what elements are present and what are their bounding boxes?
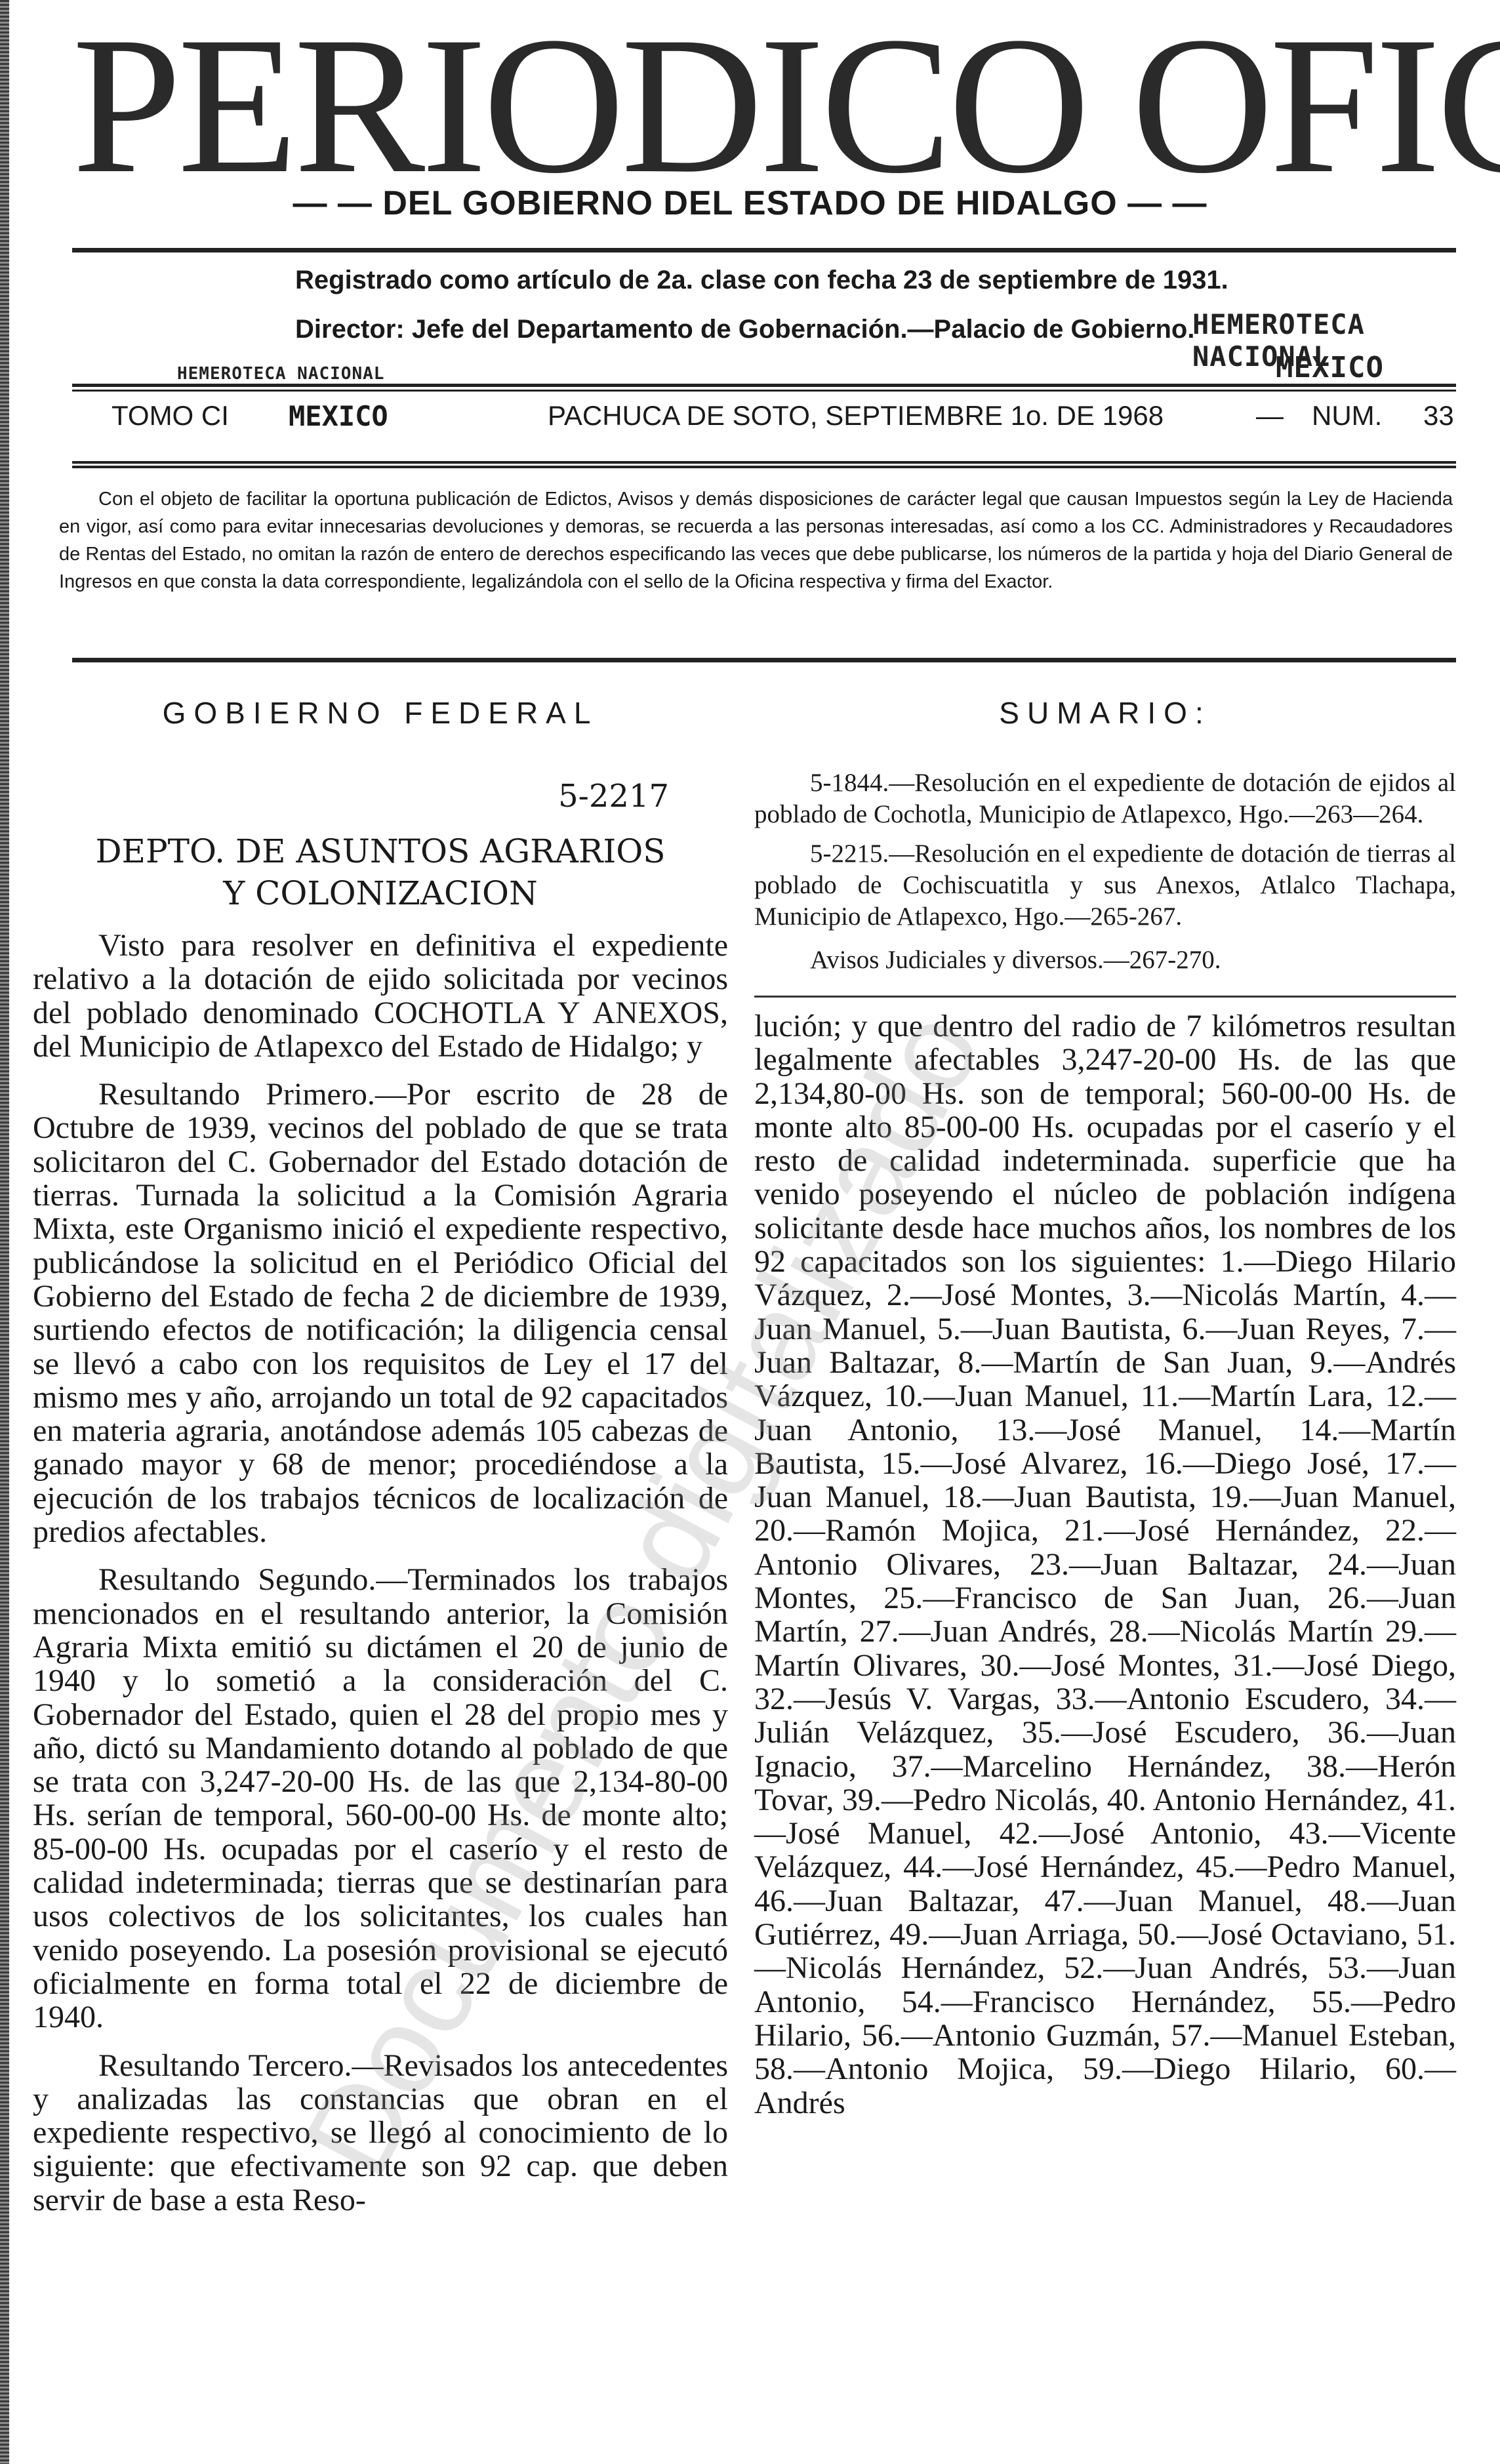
- section-title-gobierno-federal: GOBIERNO FEDERAL: [33, 695, 728, 741]
- summary-item: Avisos Judiciales y diversos.—267-270.: [754, 944, 1456, 976]
- hemeroteca-stamp-left: HEMEROTECA NACIONAL: [177, 364, 384, 384]
- director-line: Director: Jefe del Departamento de Gober…: [295, 315, 1194, 344]
- paragraph-resultando-primero: Resultando Primero.—Por escrito de 28 de…: [33, 1078, 728, 1548]
- right-column: SUMARIO: 5-1844.—Resolución en el expedi…: [754, 695, 1456, 2120]
- tomo-label: TOMO CI: [111, 400, 229, 432]
- paragraph-continuation-names: lución; y que dentro del radio de 7 kiló…: [754, 1009, 1456, 2120]
- summary-item: 5-1844.—Resolución en el expediente de d…: [754, 767, 1456, 830]
- newspaper-title: PERIODICO OFICIAL: [72, 13, 1456, 197]
- document-number: 5-2217: [33, 778, 728, 815]
- paragraph-visto: Visto para resolver en definitiva el exp…: [33, 929, 728, 1063]
- mexico-stamp: MEXICO: [1276, 351, 1384, 384]
- department-line-1: DEPTO. DE ASUNTOS AGRARIOS: [33, 830, 728, 872]
- divider: [72, 384, 1456, 387]
- department-line-2: Y COLONIZACION: [33, 872, 728, 914]
- paragraph-resultando-tercero: Resultando Tercero.—Revisados los antece…: [33, 2049, 728, 2217]
- publication-notice: Con el objeto de facilitar la oportuna p…: [59, 485, 1453, 596]
- paragraph-resultando-segundo: Resultando Segundo.—Terminados los traba…: [33, 1563, 728, 2034]
- dash: —: [1256, 400, 1284, 432]
- divider: [72, 248, 1456, 252]
- registration-line: Registrado como artículo de 2a. clase co…: [295, 266, 1228, 295]
- section-title-sumario: SUMARIO:: [754, 695, 1456, 741]
- issue-place-date: PACHUCA DE SOTO, SEPTIEMBRE 1o. DE 1968: [548, 400, 1164, 432]
- left-column: GOBIERNO FEDERAL 5-2217 DEPTO. DE ASUNTO…: [33, 695, 728, 2217]
- mexico-stamp-left: MEXICO: [289, 400, 388, 432]
- divider: [72, 390, 1456, 392]
- issue-number: 33: [1423, 400, 1454, 432]
- divider: [754, 976, 1456, 998]
- divider: [72, 461, 1456, 464]
- divider: [72, 658, 1456, 662]
- department-title: DEPTO. DE ASUNTOS AGRARIOS Y COLONIZACIO…: [33, 830, 728, 914]
- page-scan-edge: [0, 0, 9, 2464]
- summary-item: 5-2215.—Resolución en el expediente de d…: [754, 838, 1456, 933]
- newspaper-subtitle: — — DEL GOBIERNO DEL ESTADO DE HIDALGO —…: [0, 184, 1500, 223]
- divider: [72, 466, 1456, 468]
- issue-info-row: TOMO CI MEXICO PACHUCA DE SOTO, SEPTIEMB…: [111, 400, 1456, 439]
- issue-number-label: NUM.: [1312, 400, 1382, 432]
